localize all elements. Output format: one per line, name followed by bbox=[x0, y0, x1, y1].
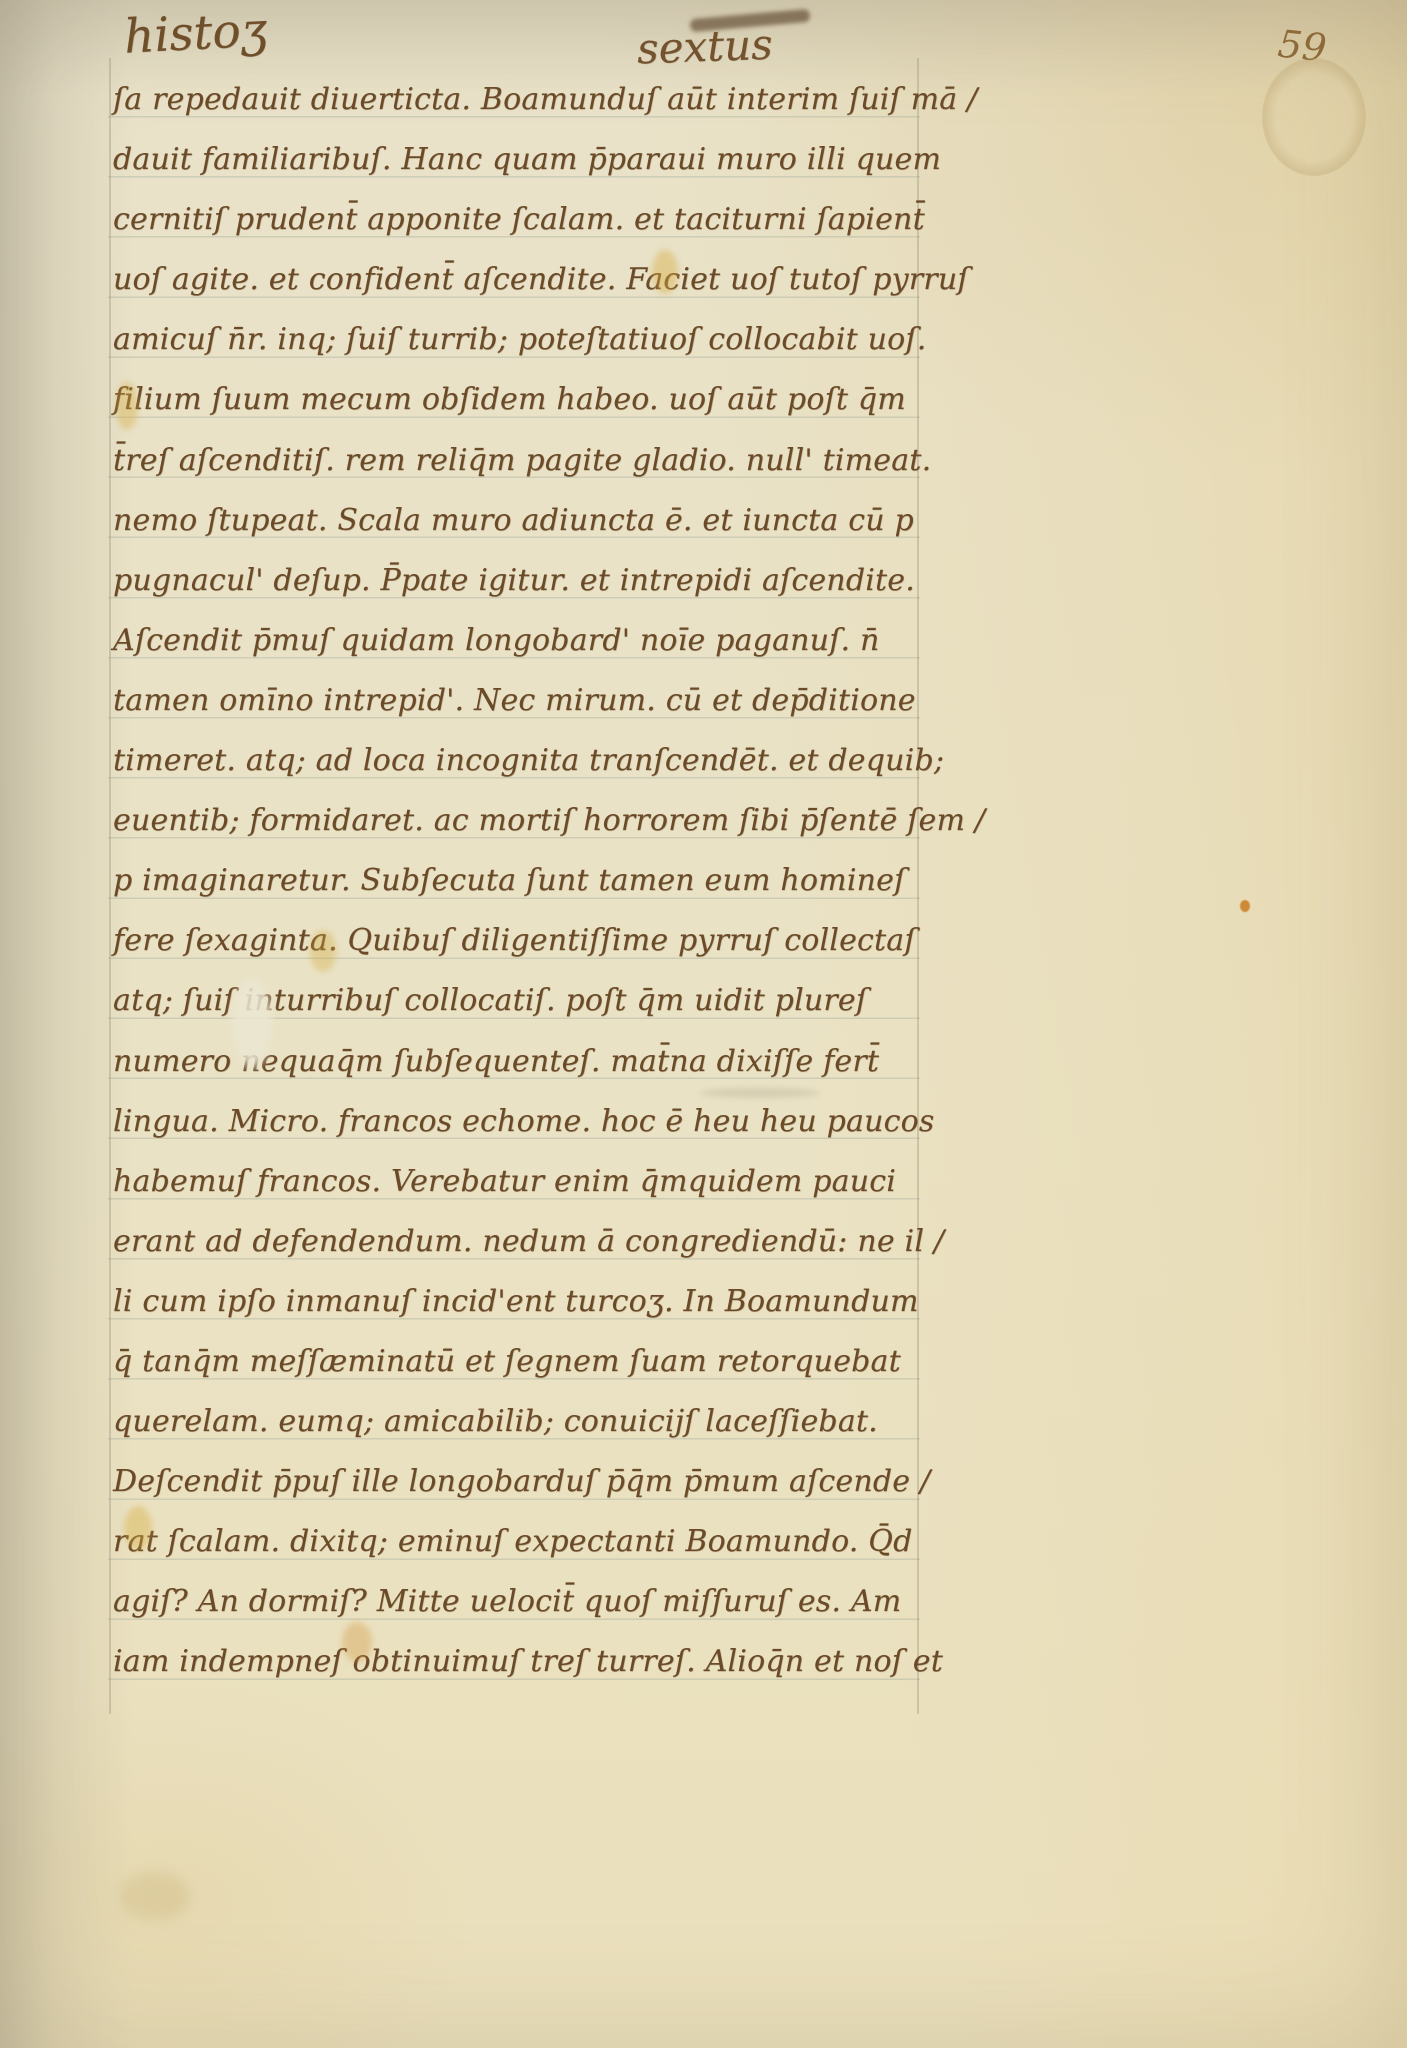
manuscript-line: uoſ agite. et confident̄ aſcendite. Faci… bbox=[113, 250, 919, 310]
erasure-mark bbox=[1262, 58, 1366, 176]
manuscript-line: fere ſexaginta. Quibuſ diligentiſſime py… bbox=[113, 911, 919, 971]
manuscript-page: histoʒ sextus 59 ſa repedauit diuerticta… bbox=[0, 0, 1407, 2048]
stain-wax bbox=[310, 930, 336, 972]
stain-smudge bbox=[700, 1088, 820, 1098]
manuscript-line: filium ſuum mecum obſidem habeo. uoſ aūt… bbox=[113, 370, 919, 430]
stain-wax bbox=[652, 250, 678, 294]
manuscript-line: cernitiſ prudent̄ apponite ſcalam. et ta… bbox=[113, 190, 919, 250]
manuscript-line: nemo ſtupeat. Scala muro adiuncta ē. et … bbox=[113, 491, 919, 551]
running-header-center: sextus bbox=[636, 20, 773, 74]
manuscript-line: timeret. atq; ad loca incognita tranſcen… bbox=[113, 731, 919, 791]
manuscript-line: Deſcendit p̄puſ ille longobarduſ p̄q̄m p… bbox=[113, 1452, 919, 1512]
manuscript-line: tamen omīno intrepid'. Nec mirum. cū et … bbox=[113, 671, 919, 731]
manuscript-line: p imaginaretur. Subſecuta ſunt tamen eum… bbox=[113, 851, 919, 911]
manuscript-line: li cum ipſo inmanuſ incid'ent turcoʒ. In… bbox=[113, 1272, 919, 1332]
manuscript-line: iam indempneſ obtinuimuſ treſ turreſ. Al… bbox=[113, 1632, 919, 1692]
running-header-left: histoʒ bbox=[123, 2, 269, 64]
manuscript-line: agiſ? An dormiſ? Mitte uelocit̄ quoſ miſ… bbox=[113, 1572, 919, 1632]
text-block: ſa repedauit diuerticta. Boamunduſ aūt i… bbox=[113, 70, 919, 1693]
stain-wax bbox=[124, 1506, 152, 1550]
manuscript-line: rat ſcalam. dixitq; eminuſ expectanti Bo… bbox=[113, 1512, 919, 1572]
manuscript-line: amicuſ n̄r. inq; ſuiſ turrib; poteſtatiu… bbox=[113, 310, 919, 370]
manuscript-line: Aſcendit p̄muſ quidam longobard' noīe pa… bbox=[113, 611, 919, 671]
parchment-repair bbox=[232, 978, 272, 1068]
stain-orange-dot bbox=[1240, 900, 1250, 912]
stain-wax bbox=[342, 1622, 372, 1662]
manuscript-line: t̄reſ aſcenditiſ. rem reliq̄m pagite gla… bbox=[113, 431, 919, 491]
stain-blot bbox=[120, 1872, 190, 1920]
manuscript-line: euentib; formidaret. ac mortiſ horrorem … bbox=[113, 791, 919, 851]
manuscript-line: pugnacul' deſup. P̄pate igitur. et intre… bbox=[113, 551, 919, 611]
manuscript-line: q̄ tanq̄m meſſæminatū et ſegnem ſuam ret… bbox=[113, 1332, 919, 1392]
manuscript-line: dauit familiaribuſ. Hanc quam p̄paraui m… bbox=[113, 130, 919, 190]
manuscript-line: erant ad defendendum. nedum ā congredien… bbox=[113, 1212, 919, 1272]
manuscript-line: ſa repedauit diuerticta. Boamunduſ aūt i… bbox=[113, 70, 919, 130]
manuscript-line: lingua. Micro. francos echome. hoc ē heu… bbox=[113, 1092, 919, 1152]
stain-wax bbox=[116, 382, 138, 430]
margin-rule-left bbox=[109, 58, 111, 1714]
manuscript-line: habemuſ francos. Verebatur enim q̄mquide… bbox=[113, 1152, 919, 1212]
manuscript-line: querelam. eumq; amicabilib; conuicijſ la… bbox=[113, 1392, 919, 1452]
